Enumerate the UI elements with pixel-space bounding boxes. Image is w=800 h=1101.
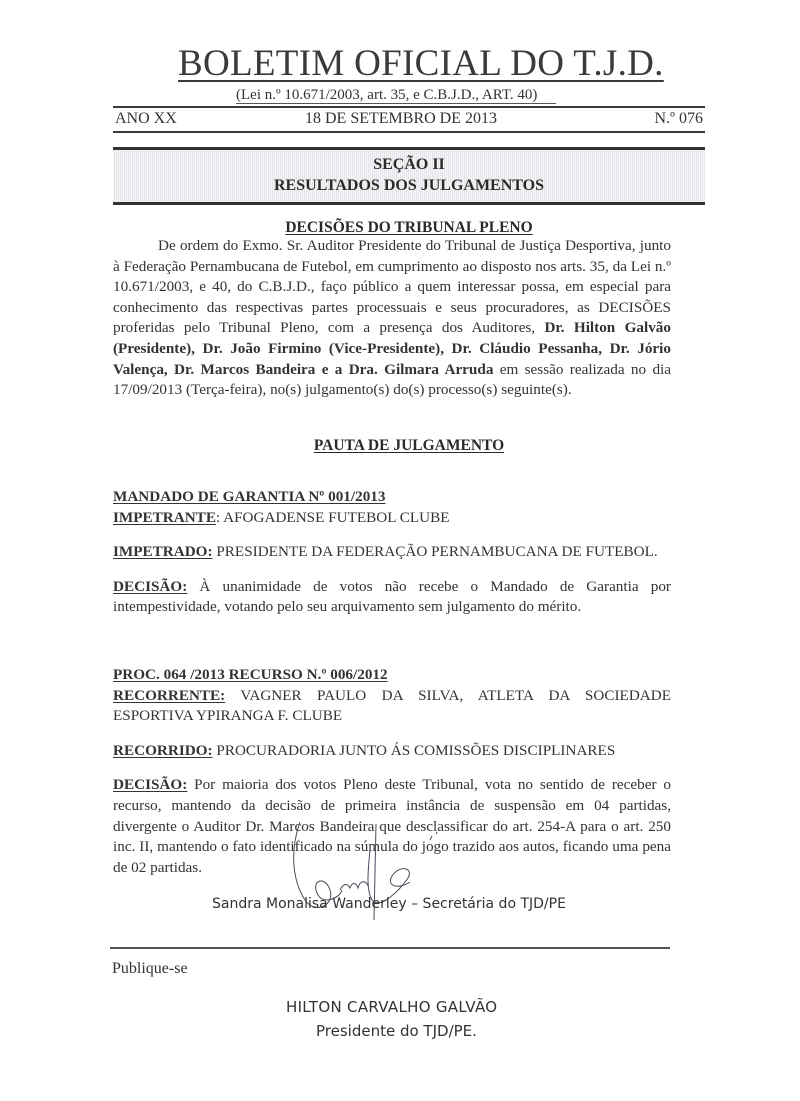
president-name: HILTON CARVALHO GALVÃO [286, 998, 497, 1016]
decisions-heading: DECISÕES DO TRIBUNAL PLENO [113, 219, 705, 237]
publish-note: Publique-se [112, 960, 188, 978]
header-rule-bottom [113, 131, 705, 133]
issue-number: N.º 076 [654, 110, 703, 128]
header-rule-top [113, 106, 705, 108]
issue-year: ANO XX [115, 110, 177, 128]
party-label: RECORRENTE: [113, 687, 225, 704]
legal-basis-subtitle: (Lei n.º 10.671/2003, art. 35, e C.B.J.D… [236, 87, 537, 104]
party-value: PRESIDENTE DA FEDERAÇÃO PERNAMBUCANA DE … [216, 543, 657, 560]
decisions-intro: De ordem do Exmo. Sr. Auditor Presidente… [113, 236, 671, 401]
footer-rule [110, 947, 670, 949]
section-title: RESULTADOS DOS JULGAMENTOS [113, 175, 705, 196]
section-number: SEÇÃO II [113, 154, 705, 175]
issue-date: 18 DE SETEMBRO DE 2013 [305, 110, 497, 128]
party-label: IMPETRADO: [113, 543, 213, 560]
case-block: MANDADO DE GARANTIA Nº 001/2013 IMPETRAN… [113, 487, 671, 618]
case-title: MANDADO DE GARANTIA Nº 001/2013 [113, 488, 386, 505]
party-label: RECORRIDO: [113, 742, 213, 759]
section-banner: SEÇÃO II RESULTADOS DOS JULGAMENTOS [113, 147, 705, 205]
agenda-heading: PAUTA DE JULGAMENTO [113, 437, 705, 455]
decision-text: À unanimidade de votos não recebe o Mand… [113, 578, 671, 616]
president-title: Presidente do TJD/PE. [316, 1022, 477, 1040]
decision-label: DECISÃO: [113, 776, 187, 793]
secretary-signature-line: Sandra Monalisa Wanderley – Secretária d… [212, 896, 566, 912]
party-value: AFOGADENSE FUTEBOL CLUBE [223, 509, 449, 526]
party-label: IMPETRANTE [113, 509, 216, 526]
case-title: PROC. 064 /2013 RECURSO N.º 006/2012 [113, 666, 388, 683]
bulletin-title: BOLETIM OFICIAL DO T.J.D. [178, 42, 664, 85]
decision-label: DECISÃO: [113, 578, 187, 595]
party-value: PROCURADORIA JUNTO ÁS COMISSÕES DISCIPLI… [216, 742, 615, 759]
party-sep [225, 687, 240, 704]
